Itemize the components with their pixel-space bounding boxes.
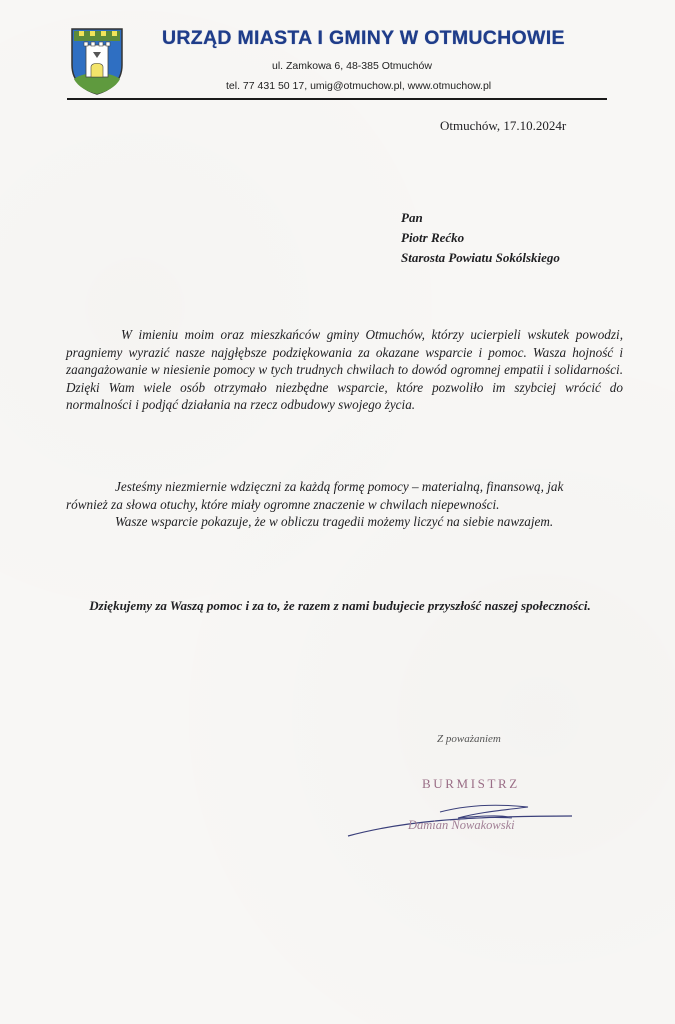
paragraph-1-text: W imieniu moim oraz mieszkańców gminy Ot… — [66, 326, 623, 414]
paragraph-2-line-1: Jesteśmy niezmiernie wdzięczni za każdą … — [66, 478, 623, 496]
letter-page: URZĄD MIASTA I GMINY W OTMUCHOWIE ul. Za… — [0, 0, 675, 1024]
body-paragraph-2: Jesteśmy niezmiernie wdzięczni za każdą … — [66, 478, 623, 531]
regards-text: Z poważaniem — [437, 733, 501, 745]
body-paragraph-1: W imieniu moim oraz mieszkańców gminy Ot… — [66, 326, 623, 414]
organization-address: ul. Zamkowa 6, 48-385 Otmuchów — [272, 60, 432, 72]
paragraph-2-line-2: również za słowa otuchy, które miały ogr… — [66, 496, 623, 514]
stamp-name: Damian Nowakowski — [408, 818, 515, 833]
recipient-block: Pan Piotr Rećko Starosta Powiatu Sokólsk… — [401, 208, 560, 268]
place-and-date: Otmuchów, 17.10.2024r — [440, 118, 566, 134]
recipient-name: Piotr Rećko — [401, 228, 560, 248]
organization-contact: tel. 77 431 50 17, umig@otmuchow.pl, www… — [226, 80, 491, 92]
recipient-salutation: Pan — [401, 208, 560, 228]
letterhead-divider — [67, 98, 607, 100]
closing-statement: Dziękujemy za Waszą pomoc i za to, że ra… — [80, 597, 600, 614]
paragraph-2-line-3: Wasze wsparcie pokazuje, że w obliczu tr… — [66, 513, 623, 531]
organization-name: URZĄD MIASTA I GMINY W OTMUCHOWIE — [162, 27, 594, 50]
recipient-title: Starosta Powiatu Sokólskiego — [401, 248, 560, 268]
town-coat-of-arms-icon — [70, 27, 124, 95]
